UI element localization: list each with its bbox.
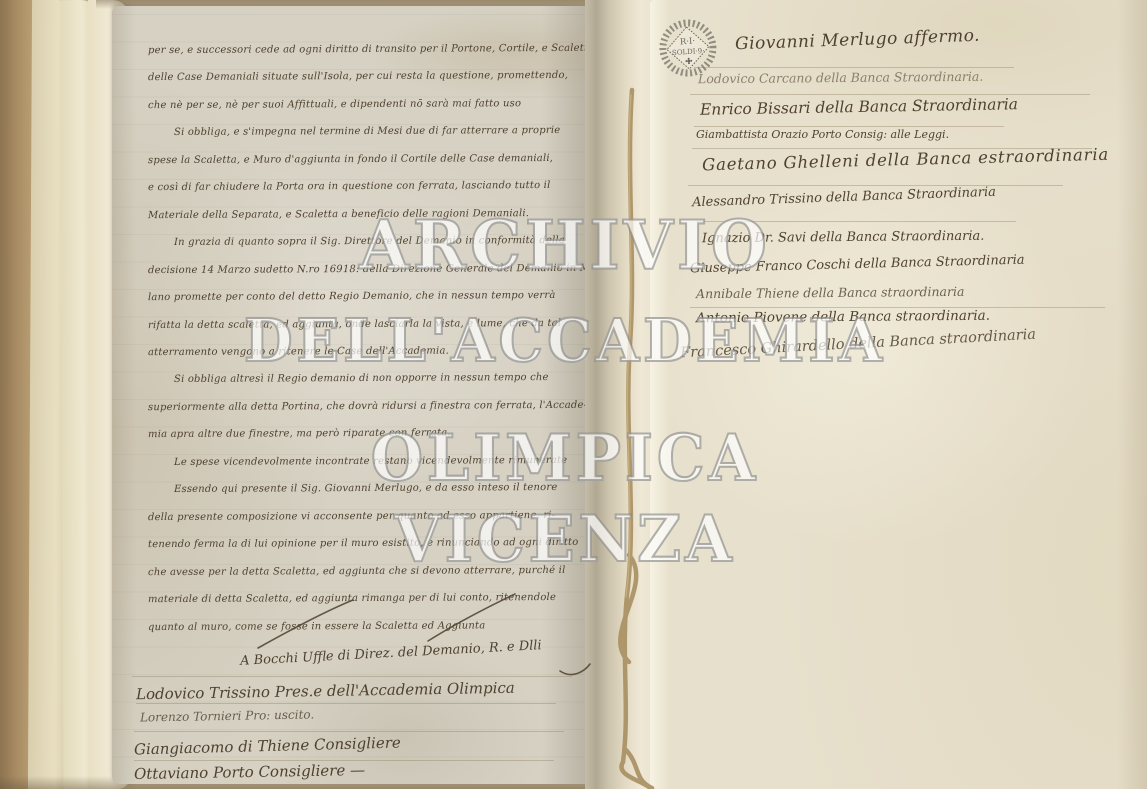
signature-bissari: Enrico Bissari della Banca Straordinaria [700, 95, 1018, 119]
ruled-line [692, 148, 1092, 149]
right-page: R·I· SOLDI·9· Giovanni Merlugo affermo. … [650, 0, 1147, 789]
signature-ghelleni: Gaetano Ghelleni della Banca estraordina… [702, 145, 1109, 175]
manuscript-line: superiormente alla detta Portina, che do… [148, 392, 578, 422]
left-page: per se, e successori cede ad ogni diritt… [112, 6, 600, 784]
signature-carcano: Lodovico Carcano della Banca Straordinar… [698, 69, 983, 86]
signature-piovene: Antonio Piovene della Banca straordinari… [696, 308, 990, 327]
ruled-line [136, 703, 556, 704]
signature-thiene-banca: Annibale Thiene della Banca straordinari… [696, 284, 965, 301]
ruled-line [696, 221, 1016, 222]
ruled-line [690, 94, 1090, 95]
signature-attestation: Giovanni Merlugo affermo. [735, 26, 981, 55]
ruled-line [694, 67, 1014, 68]
binding-gutter [585, 0, 655, 789]
signature-porto-councilor: Ottaviano Porto Consigliere — [134, 761, 365, 783]
manuscript-line: Si obbliga altresì il Regio demanio di n… [148, 364, 578, 394]
manuscript-line: materiale di detta Scaletta, ed aggiunta… [148, 584, 578, 614]
manuscript-line: In grazia di quanto sopra il Sig. Dirett… [148, 227, 578, 257]
ruled-line [134, 731, 564, 732]
signature-demanio-official: A Bocchi Uffle di Direz. del Demanio, R.… [240, 638, 542, 669]
manuscript-line: spese la Scaletta, e Muro d'aggiunta in … [148, 145, 578, 175]
stamp-text-ri: R·I· [680, 37, 696, 48]
signature-trissino-banca: Alessandro Trissino della Banca Straordi… [692, 185, 996, 211]
signature-thiene-councilor: Giangiacomo di Thiene Consigliere [134, 734, 401, 759]
manuscript-line: tenendo ferma la di lui opinione per il … [148, 529, 578, 559]
signature-savi: Ignazio Dr. Savi della Banca Straordinar… [702, 229, 984, 246]
ruled-line [134, 760, 554, 761]
ruled-line [688, 185, 1063, 186]
left-page-text: per se, e successori cede ad ogni diritt… [148, 36, 578, 640]
manuscript-line: Materiale della Separata, e Scaletta a b… [148, 200, 578, 230]
signature-coschi: Giuseppe Franco Coschi della Banca Strao… [690, 253, 1025, 277]
ruled-line [690, 307, 1105, 308]
manuscript-line: atterramento vengono a ritenere le Case … [148, 337, 578, 367]
ruled-line [132, 676, 572, 677]
manuscript-line: Le spese vicendevolmente incontrate rest… [148, 447, 578, 477]
manuscript-line: delle Case Demaniali situate sull'Isola,… [148, 62, 578, 92]
manuscript-line: per se, e successori cede ad ogni diritt… [148, 35, 578, 65]
ruled-line [694, 126, 1004, 127]
signature-porto-leggi: Giambattista Orazio Porto Consig: alle L… [696, 128, 949, 141]
manuscript-line: decisione 14 Marzo sudetto N.ro 16918: d… [148, 254, 578, 284]
signature-ghirardello: Francesco Ghirardello della Banca straor… [680, 327, 1037, 362]
manuscript-line: che avesse per la detta Scaletta, ed agg… [148, 556, 578, 586]
manuscript-line: rifatta la detta scaletta, ed aggiunta, … [148, 309, 578, 339]
manuscript-line: lano promette per conto del detto Regio … [148, 282, 578, 312]
signature-tornieri: Lorenzo Tornieri Pro: uscito. [140, 707, 314, 724]
manuscript-line: Si obbliga, e s'impegna nel termine di M… [148, 117, 578, 147]
manuscript-line: Essendo qui presente il Sig. Giovanni Me… [148, 474, 578, 504]
manuscript-line: mia apra altre due finestre, ma però rip… [148, 419, 578, 449]
manuscript-line: e così di far chiudere la Porta ora in q… [148, 172, 578, 202]
manuscript-line: della presente composizione vi acconsent… [148, 502, 578, 532]
manuscript-scan: per se, e successori cede ad ogni diritt… [0, 0, 1147, 789]
manuscript-line: che nè per se, nè per suoi Affittuali, e… [148, 90, 578, 120]
signature-president: Lodovico Trissino Pres.e dell'Accademia … [136, 679, 515, 704]
manuscript-line: quanto al muro, come se fosse in essere … [148, 611, 578, 641]
